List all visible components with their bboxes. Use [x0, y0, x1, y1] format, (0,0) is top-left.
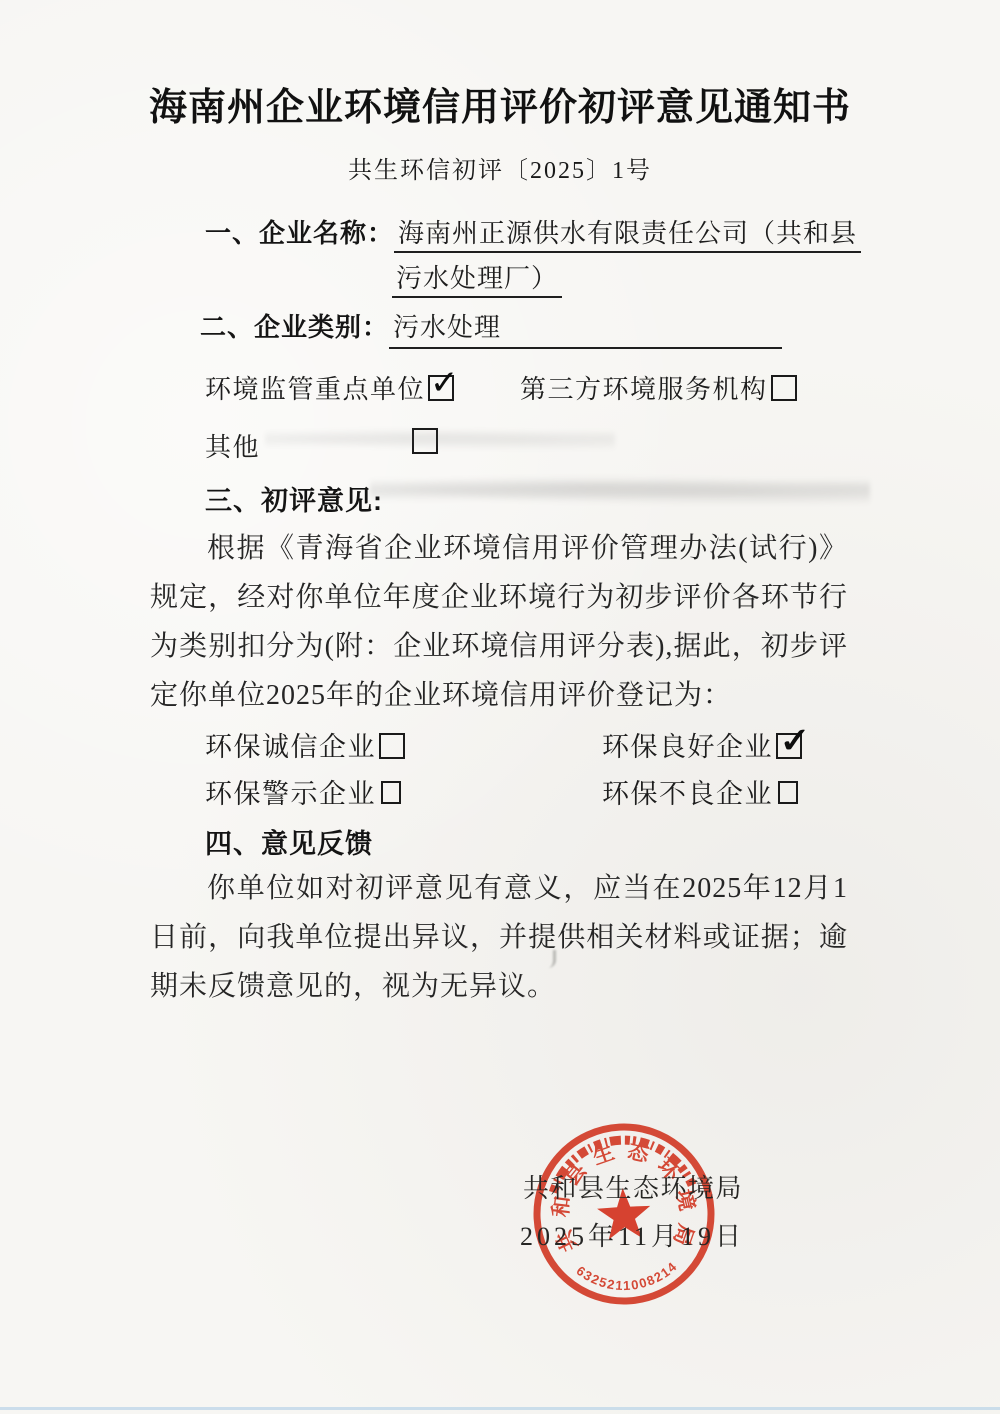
- bleedthrough-artifact: [265, 428, 615, 450]
- field-category-value: 污水处理: [389, 307, 782, 349]
- checkbox-lianghao-checked[interactable]: [776, 733, 802, 759]
- field-company-name-value-line2: 污水处理厂）: [392, 264, 562, 298]
- checkbox-chengxin-unchecked[interactable]: [379, 733, 405, 759]
- rating-jingshi-label: 环保警示企业: [205, 779, 376, 809]
- checkbox-key-unit-checked[interactable]: [428, 375, 454, 401]
- section3-heading: 三、初评意见:: [205, 479, 383, 518]
- rating-lianghao: 环保良好企业: [602, 725, 802, 764]
- signature-date: 2025年11月19日: [520, 1216, 745, 1253]
- classification-other-box: [412, 428, 438, 458]
- bleedthrough-artifact: [370, 476, 870, 504]
- rating-chengxin-label: 环保诚信企业: [205, 732, 376, 762]
- field-company-name-label: 一、企业名称：: [205, 218, 394, 248]
- section4-paragraph: 你单位如对初评意见有意义，应当在2025年12月1日前，向我单位提出异议，并提供…: [150, 864, 848, 1011]
- official-seal-stamp: 共和县生态环境局 6325211008214: [529, 1119, 719, 1309]
- section3-paragraph: 根据《青海省企业环境信用评价管理办法(试行)》规定，经对你单位年度企业环境行为初…: [150, 524, 848, 720]
- page-bottom-edge: [0, 1407, 1000, 1410]
- section4-heading: 四、意见反馈: [205, 822, 373, 861]
- field-company-name: 一、企业名称：海南州正源供水有限责任公司（共和县: [205, 213, 861, 250]
- checkbox-third-party-unchecked[interactable]: [771, 375, 797, 401]
- field-company-name-value-line1: 海南州正源供水有限责任公司（共和县: [394, 219, 861, 253]
- classification-other-label: 其他: [205, 433, 260, 462]
- rating-jingshi: 环保警示企业: [205, 772, 401, 811]
- document-number: 共生环信初评〔2025〕1号: [0, 150, 1000, 185]
- classification-third-party: 第三方环境服务机构: [520, 369, 797, 406]
- rating-buliang-label: 环保不良企业: [602, 779, 773, 809]
- rating-chengxin: 环保诚信企业: [205, 725, 405, 764]
- field-category-label: 二、企业类别：: [200, 312, 389, 342]
- classification-third-party-label: 第三方环境服务机构: [520, 375, 768, 404]
- checkbox-buliang-unchecked[interactable]: [778, 781, 798, 804]
- classification-key-unit: 环境监管重点单位: [205, 369, 454, 406]
- field-category: 二、企业类别：污水处理: [200, 307, 782, 349]
- signature-agency: 共和县生态环境局: [523, 1168, 743, 1205]
- checkbox-jingshi-unchecked[interactable]: [381, 781, 401, 804]
- classification-key-unit-label: 环境监管重点单位: [205, 375, 425, 404]
- rating-buliang: 环保不良企业: [602, 772, 798, 811]
- rating-lianghao-label: 环保良好企业: [602, 732, 773, 762]
- checkbox-other-unchecked[interactable]: [412, 428, 438, 454]
- field-company-name-line2: 污水处理厂）: [392, 258, 562, 295]
- document-page: 海南州企业环境信用评价初评意见通知书 共生环信初评〔2025〕1号 一、企业名称…: [0, 0, 1000, 1414]
- page-title: 海南州企业环境信用评价初评意见通知书: [0, 76, 1000, 131]
- classification-other: 其他: [205, 427, 260, 464]
